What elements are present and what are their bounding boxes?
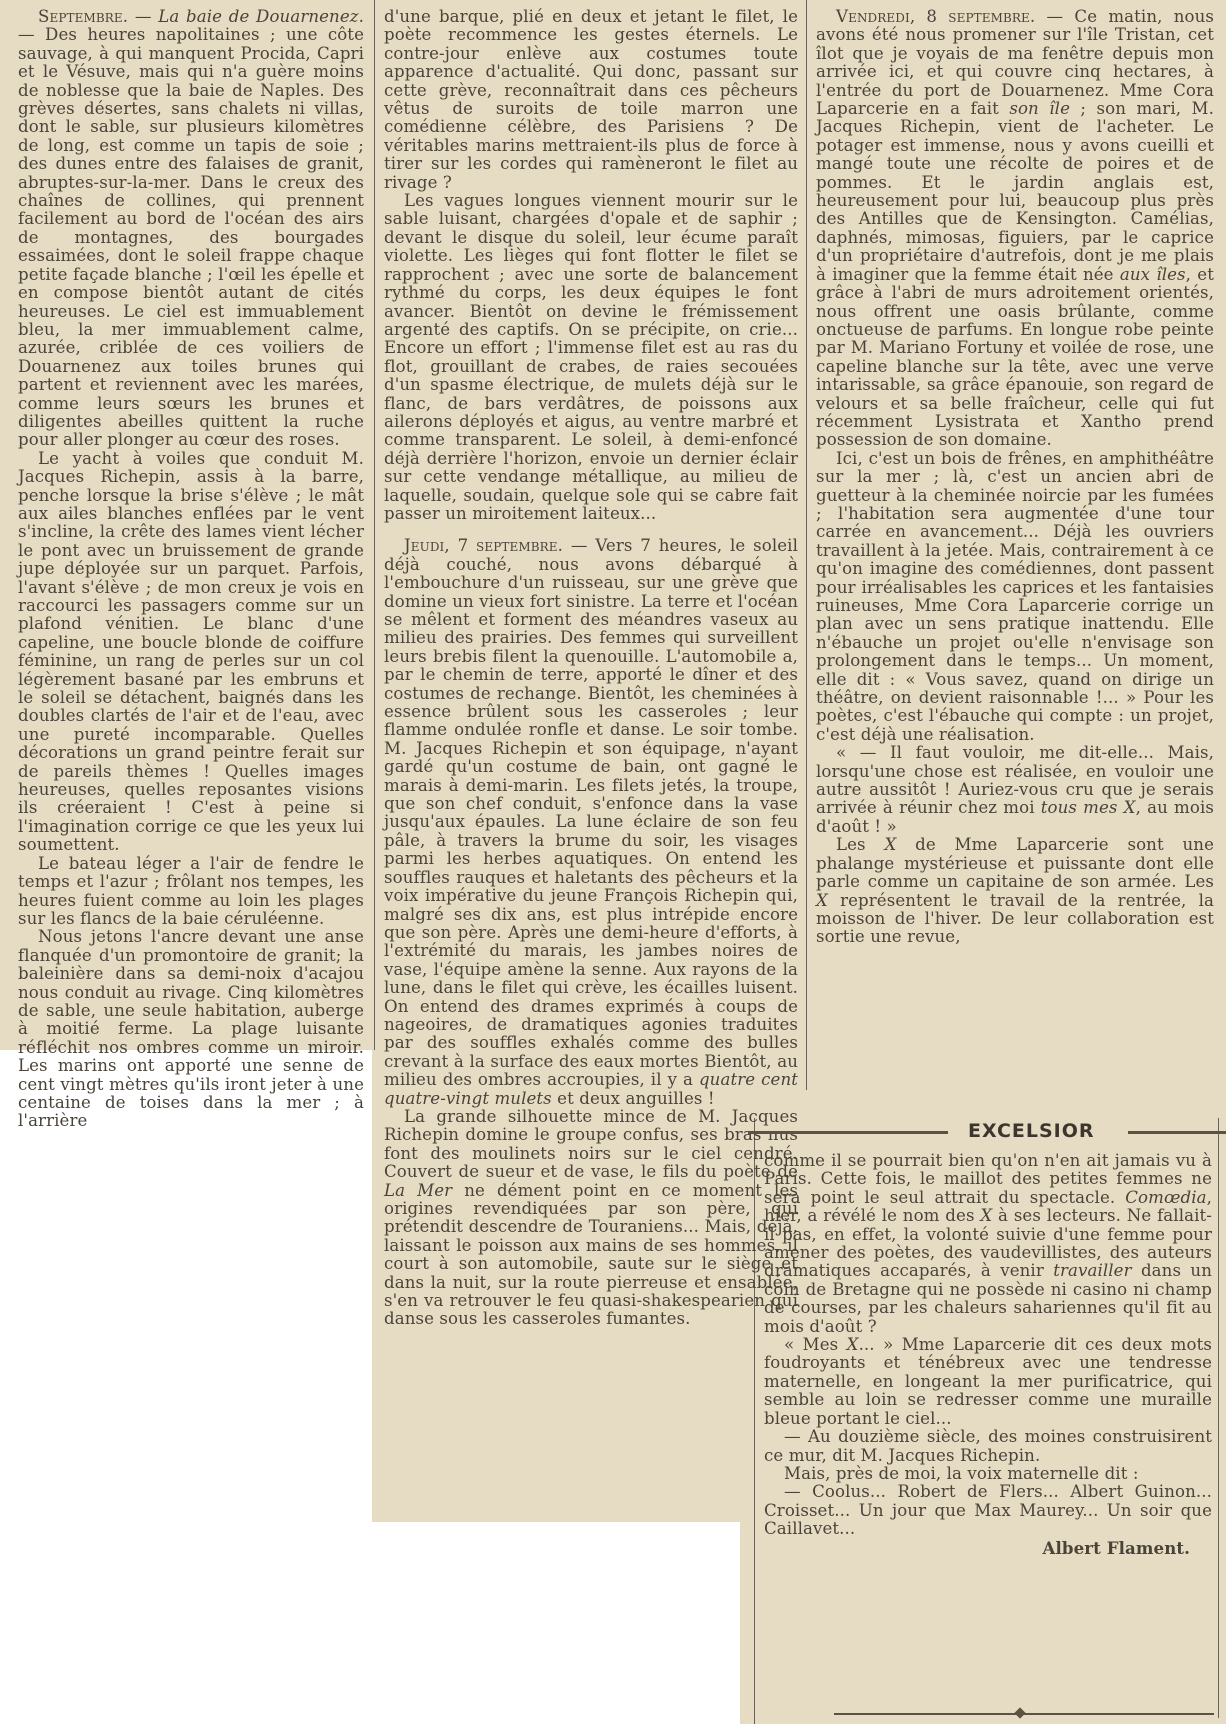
column-divider <box>374 0 375 1050</box>
masthead-excelsior: EXCELSIOR <box>958 1120 1105 1142</box>
paragraph: « Mes X... » Mme Laparcerie dit ces deux… <box>764 1336 1212 1428</box>
paragraph: La grande silhouette mince de M. Jacques… <box>384 1108 798 1329</box>
paragraph: Jeudi, 7 septembre. — Vers 7 heures, le … <box>384 537 798 1108</box>
paragraph: Les X de Mme Laparcerie sont une phalang… <box>816 836 1214 946</box>
paragraph: Le yacht à voiles que conduit M. Jacques… <box>18 450 364 855</box>
paragraph: Le bateau léger a l'air de fendre le tem… <box>18 855 364 929</box>
paragraph: Mais, près de moi, la voix maternelle di… <box>764 1465 1212 1483</box>
article-column-3: Vendredi, 8 septembre. — Ce matin, nous … <box>816 8 1214 947</box>
masthead-rule-right <box>1128 1131 1226 1134</box>
paragraph: comme il se pourrait bien qu'on n'en ait… <box>764 1152 1212 1336</box>
paragraph: Nous jetons l'ancre devant une anse flan… <box>18 928 364 1130</box>
paragraph: — Au douzième siècle, des moines constru… <box>764 1428 1212 1465</box>
paragraph: Vendredi, 8 septembre. — Ce matin, nous … <box>816 8 1214 450</box>
column-divider <box>1218 1118 1219 1718</box>
paragraph: « — Il faut vouloir, me dit-elle... Mais… <box>816 744 1214 836</box>
column-divider <box>806 0 807 1090</box>
author-signature: Albert Flament. <box>764 1539 1212 1557</box>
masthead-rule-left <box>748 1131 948 1134</box>
paragraph: d'une barque, plié en deux et jetant le … <box>384 8 798 192</box>
paragraph: Septembre. — La baie de Douarnenez. — De… <box>18 8 364 450</box>
article-column-1: Septembre. — La baie de Douarnenez. — De… <box>18 8 364 1131</box>
article-column-4: comme il se pourrait bien qu'on n'en ait… <box>764 1152 1212 1557</box>
paragraph: Ici, c'est un bois de frênes, en amphith… <box>816 450 1214 745</box>
article-column-2: d'une barque, plié en deux et jetant le … <box>384 8 798 1329</box>
paragraph: — Coolus... Robert de Flers... Albert Gu… <box>764 1483 1212 1538</box>
paragraph: Les vagues longues viennent mourir sur l… <box>384 192 798 523</box>
